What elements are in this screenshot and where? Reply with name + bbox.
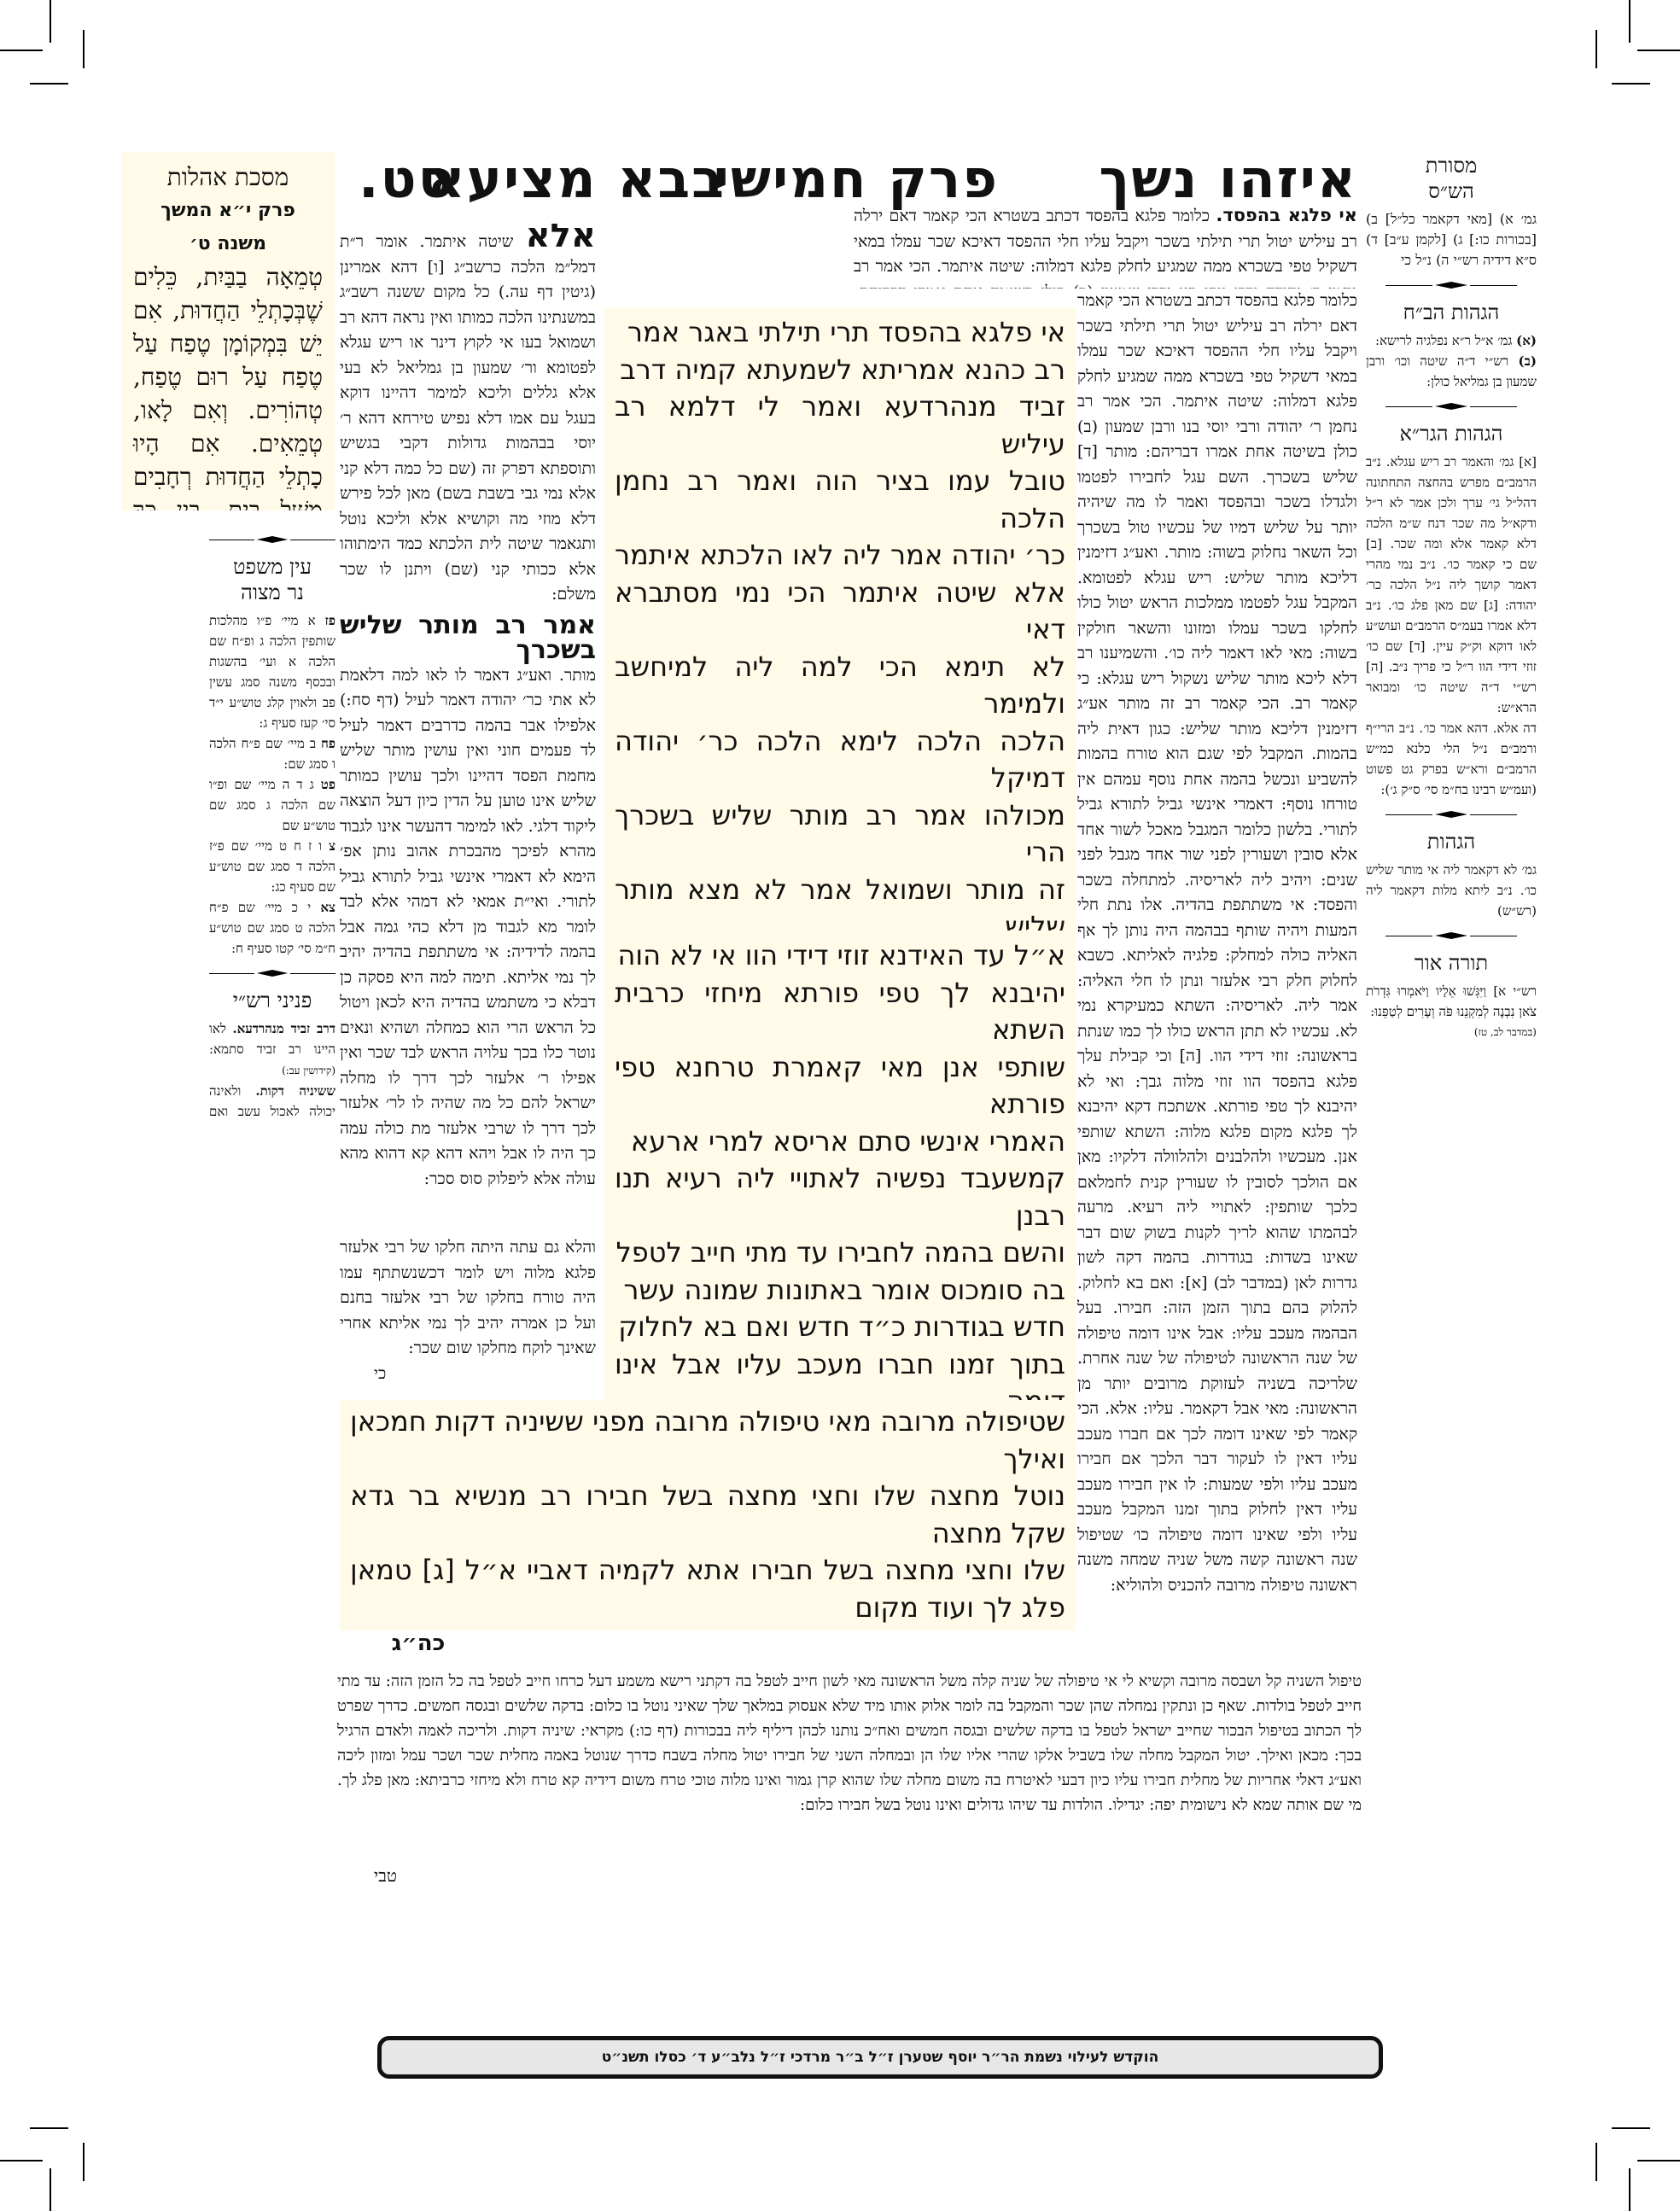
gemara-line: לא תימא הכי למה ליה למיחשב ולמימר	[615, 649, 1065, 723]
ein-mishpat-title: עין משפט נר מצוה	[209, 554, 335, 605]
masoret-hashas-title: מסורת הש״ס	[1366, 153, 1537, 204]
hagahot-habach-entry: (א) גמ׳ א״ל ר״א נפלגיה לרישא:	[1366, 330, 1537, 351]
ornament-divider	[209, 967, 335, 979]
gemara-catchword: כה״ג	[367, 1631, 470, 1665]
dedication-text: הוקדש לעילוי נשמת הר״ר יוסף שטערן ז״ל ב״…	[602, 2049, 1159, 2066]
pninei-rashi-entry: דרב זביד מנהרדעא. לאו היינו רב זביד סתמא…	[209, 1018, 335, 1081]
pninei-rashi-title: פניני רש״י	[209, 988, 335, 1013]
gemara-line: בתוך זמנו חברו מעכב עליו אבל אינו דומה	[615, 1346, 1065, 1409]
rashi-catchword: טבי	[346, 1865, 397, 1891]
crop-mark	[1629, 2168, 1630, 2211]
crop-mark	[1637, 50, 1680, 51]
ornament-divider	[1366, 930, 1537, 942]
tosafot-heading: אמר רב מותר שליש בשכרך	[340, 613, 596, 663]
crop-mark	[83, 30, 85, 68]
gemara-line: כר׳ יהודה אמר ליה לאו הלכתא איתמר	[615, 537, 1065, 575]
crop-mark	[30, 2127, 68, 2129]
rashi-column: אי פלגא בהפסד. כלומר פלגא בהפסד דכתב בשט…	[854, 203, 1357, 289]
gemara-line: שטיפולה מרובה מאי טיפולה מרובה מפני ששינ…	[350, 1403, 1065, 1478]
crop-mark	[50, 0, 51, 43]
folio-number: סט.	[359, 145, 456, 213]
mishnah-box: מסכת אהלות פרק י״א המשך משנה ט׳ טְמֵאָה …	[121, 152, 335, 510]
crop-mark	[50, 2168, 51, 2211]
rashi-column-side: כלומר פלגא בהפסד דכתב בשטרא הכי קאמר דאם…	[1077, 289, 1357, 1671]
crop-mark	[0, 2160, 43, 2161]
pninei-rashi-entry: ששיניה דקות. ולאינה יכולה לאכול עשב ואם …	[209, 1081, 335, 1123]
torah-or-text: רש״י א] וַיִּגְּשׁוּ אֵלָיו וַיֹּאמְרוּ …	[1366, 981, 1537, 1022]
tosafot-text: מותר. ואע״ג דאמר לו לאו למה דלאמת לא אתי…	[340, 666, 596, 1188]
gemara-line: א״ל עד האידנא זוזי דידי הוו אי לא הוה	[615, 937, 1065, 975]
tosafot-catchword: כי	[340, 1362, 596, 1387]
gemara-line: יהיבנא לך טפי פורתא מיחזי כרבית השתא	[615, 975, 1065, 1049]
mishnah-box-subtitle: פרק י״א המשך משנה ט׳	[133, 194, 323, 260]
hagahot-hagra-text: [א] גמ׳ והאמר רב ריש עגלא. נ״ב הרמב״ם מפ…	[1366, 452, 1537, 718]
tosafot-text: שיטה איתמר. אומר ר״ת דמל״מ הלכה כרשב״ג […	[340, 232, 596, 604]
ornament-divider	[1366, 808, 1537, 820]
ein-mishpat-entry: פז א מיי׳ פ״ו מהלכות שותפין הלכה ג ופ״ח …	[209, 610, 335, 733]
gemara-line: חדש בגודרות כ״ד חדש ואם בא לחלוק	[615, 1309, 1065, 1346]
gemara-line: רב כהנא אמריתא לשמעתא קמיה דרב	[615, 352, 1065, 389]
gemara-line: אי פלגא בהפסד תרי תילתי באגר אמר	[615, 314, 1065, 352]
crop-mark	[1629, 0, 1630, 43]
ornament-divider	[209, 534, 335, 545]
tosafot-opening-word: אלא	[526, 224, 596, 255]
hagahot-habach-title: הגהות הב״ח	[1366, 300, 1537, 325]
rashi-opening-word: אי פלגא בהפסד.	[1216, 205, 1357, 225]
gemara-line: זביד מנהרדעא ואמר לי דלמא רב עיליש	[615, 388, 1065, 463]
gemara-line: בה סומכוס אומר באתונות שמונה עשר	[615, 1272, 1065, 1310]
crop-mark	[0, 50, 43, 51]
masoret-hashas-text: גמ׳ א) [מאי דקאמר כל״ל] ב) [בכורות כו:] …	[1366, 209, 1537, 271]
mishnah-box-title: מסכת אהלות	[133, 160, 323, 194]
ornament-divider	[1366, 279, 1537, 291]
gemara-line: שותפי אנן מאי קאמרת טרחנא טפי פורתא	[615, 1049, 1065, 1123]
gemara-line: אלא שיטה איתמר הכי נמי מסתברא דאי	[615, 575, 1065, 649]
crop-mark	[1595, 30, 1597, 68]
ein-mishpat-entry: צא י כ מיי׳ שם פ״ח הלכה ט סמג שם טוש״ע ח…	[209, 897, 335, 959]
hagahot-text: גמ׳ לא דקאמר ליה אי מותר שליש כו׳. נ״ב ל…	[1366, 860, 1537, 921]
gemara-line: הלכה הלכה לימא הלכה כר׳ יהודה דמיקל	[615, 723, 1065, 797]
gemara-line: שלו וחצי מחצה בשל חבירו אתא לקמיה דאביי …	[350, 1552, 1065, 1626]
gemara-line: טובל עמו בציר הוה ואמר רב נחמן הלכה	[615, 463, 1065, 537]
crop-mark	[1612, 2127, 1650, 2129]
rashi-lower-text: טיפול השניה קל ושבסה מרובה וקשיא לי אי ט…	[337, 1669, 1362, 1865]
crop-mark	[1637, 2160, 1680, 2161]
hagahot-hagra-extra: דה אלא. דהא אמר כו׳. נ״ב הרי״ף ורמב״ם נ״…	[1366, 718, 1537, 800]
tosafot-continuation: והלא גם עתה היתה חלקו של רבי אלעזר פלגא …	[340, 1235, 596, 1406]
gemara-line: האמרי אינשי סתם אריסא למרי ארעא	[615, 1123, 1065, 1161]
mishnah-box-text: טְמֵאָה בַבַּיִת, כֵּלִים שֶׁבְּכָתְלֵי …	[133, 263, 323, 510]
tractate-name: בבא מציעא	[427, 145, 726, 213]
crop-mark	[1612, 83, 1650, 85]
ein-mishpat-entry: פט ג ד ה מיי׳ שם ופ״ו שם הלכה ג סמג שם ט…	[209, 774, 335, 836]
ein-mishpat-entry: צ ו ז ח ט מיי׳ שם פ״ז הלכה ד סמג שם טוש״…	[209, 836, 335, 897]
gemara-line: מכולהו אמר רב מותר שליש בשכרך הרי	[615, 797, 1065, 872]
ornament-divider	[1366, 400, 1537, 412]
gemara-wide-text: שטיפולה מרובה מאי טיפולה מרובה מפני ששינ…	[340, 1400, 1076, 1631]
hagahot-hagra-title: הגהות הגר״א	[1366, 421, 1537, 446]
hagahot-title: הגהות	[1366, 829, 1537, 855]
gemara-line: והשם בהמה לחבירו עד מתי חייב לטפל	[615, 1234, 1065, 1272]
gemara-line: נוטל מחצה שלו וחצי מחצה בשל חבירו רב מנש…	[350, 1478, 1065, 1552]
right-sidebar: מסורת הש״ס גמ׳ א) [מאי דקאמר כל״ל] ב) [ב…	[1366, 149, 1537, 1959]
gemara-line: קמשעבד נפשיה לאתויי ליה רעיא תנו רבנן	[615, 1160, 1065, 1234]
crop-mark	[30, 83, 68, 85]
dedication-banner: הוקדש לעילוי נשמת הר״ר יוסף שטערן ז״ל ב״…	[377, 2036, 1383, 2079]
torah-or-title: תורה אור	[1366, 950, 1537, 976]
crop-mark	[1595, 2143, 1597, 2181]
tosafot-column: אלא שיטה איתמר. אומר ר״ת דמל״מ הלכה כרשב…	[340, 224, 596, 1235]
ein-mishpat-section: עין משפט נר מצוה פז א מיי׳ פ״ו מהלכות שו…	[209, 525, 335, 1123]
torah-or-ref: (במדבר לב, טז)	[1366, 1022, 1537, 1042]
gemara-main-text: א״ל עד האידנא זוזי דידי הוו אי לא הוה יה…	[604, 930, 1076, 1409]
ein-mishpat-entry: פח ב מיי׳ שם פ״ח הלכה ו סמג שם:	[209, 733, 335, 774]
crop-mark	[83, 2143, 85, 2181]
hagahot-habach-entry: (ב) רש״י ד״ה שיטה וכו׳ ורבן שמעון בן גמל…	[1366, 351, 1537, 392]
